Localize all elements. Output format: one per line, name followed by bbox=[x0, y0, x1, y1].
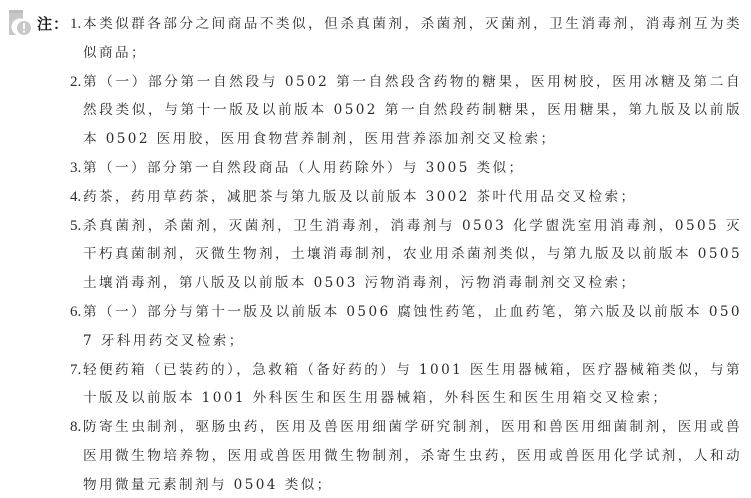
notes-list: 1. 本类似群各部分之间商品不类似，但杀真菌剂，杀菌剂，灭菌剂，卫生消毒剂，消毒… bbox=[70, 10, 742, 498]
note-text: 第（一）部分与第十一版及以前版本 0506 腐蚀性药笔，止血药笔，第六版及以前版… bbox=[83, 298, 742, 356]
note-text: 防寄生虫制剂，驱肠虫药，医用及兽医用细菌学研究制剂，医用和兽医用细菌制剂，医用或… bbox=[83, 413, 742, 498]
document-page: 注： 1. 本类似群各部分之间商品不类似，但杀真菌剂，杀菌剂，灭菌剂，卫生消毒剂… bbox=[0, 0, 751, 498]
note-text: 轻便药箱（已装药的），急救箱（备好药的）与 1001 医生用器械箱，医疗器械箱类… bbox=[83, 356, 742, 414]
note-number: 2. bbox=[70, 68, 83, 154]
note-label: 注： bbox=[37, 13, 69, 35]
note-number: 8. bbox=[70, 413, 83, 498]
note-item-5: 5. 杀真菌剂，杀菌剂，灭菌剂，卫生消毒剂，消毒剂与 0503 化学盥洗室用消毒… bbox=[70, 212, 742, 298]
note-text: 杀真菌剂，杀菌剂，灭菌剂，卫生消毒剂，消毒剂与 0503 化学盥洗室用消毒剂，0… bbox=[83, 212, 742, 298]
note-item-8: 8. 防寄生虫制剂，驱肠虫药，医用及兽医用细菌学研究制剂，医用和兽医用细菌制剂，… bbox=[70, 413, 742, 498]
note-item-7: 7. 轻便药箱（已装药的），急救箱（备好药的）与 1001 医生用器械箱，医疗器… bbox=[70, 356, 742, 414]
note-item-3: 3. 第（一）部分第一自然段商品（人用药除外）与 3005 类似； bbox=[70, 154, 742, 183]
note-text: 本类似群各部分之间商品不类似，但杀真菌剂，杀菌剂，灭菌剂，卫生消毒剂，消毒剂互为… bbox=[83, 10, 742, 68]
note-number: 1. bbox=[70, 10, 83, 68]
note-item-4: 4. 药茶，药用草药茶，减肥茶与第九版及以前版本 3002 茶叶代用品交叉检索； bbox=[70, 183, 742, 212]
note-item-1: 1. 本类似群各部分之间商品不类似，但杀真菌剂，杀菌剂，灭菌剂，卫生消毒剂，消毒… bbox=[70, 10, 742, 68]
note-item-2: 2. 第（一）部分第一自然段与 0502 第一自然段含药物的糖果，医用树胶，医用… bbox=[70, 68, 742, 154]
note-number: 6. bbox=[70, 298, 83, 356]
note-text: 药茶，药用草药茶，减肥茶与第九版及以前版本 3002 茶叶代用品交叉检索； bbox=[83, 183, 742, 212]
note-number: 3. bbox=[70, 154, 83, 183]
note-number: 4. bbox=[70, 183, 83, 212]
note-text: 第（一）部分第一自然段商品（人用药除外）与 3005 类似； bbox=[83, 154, 742, 183]
note-item-6: 6. 第（一）部分与第十一版及以前版本 0506 腐蚀性药笔，止血药笔，第六版及… bbox=[70, 298, 742, 356]
note-text: 第（一）部分第一自然段与 0502 第一自然段含药物的糖果，医用树胶，医用冰糖及… bbox=[83, 68, 742, 154]
document-warning-icon bbox=[6, 9, 32, 37]
note-number: 7. bbox=[70, 356, 83, 414]
note-number: 5. bbox=[70, 212, 83, 298]
